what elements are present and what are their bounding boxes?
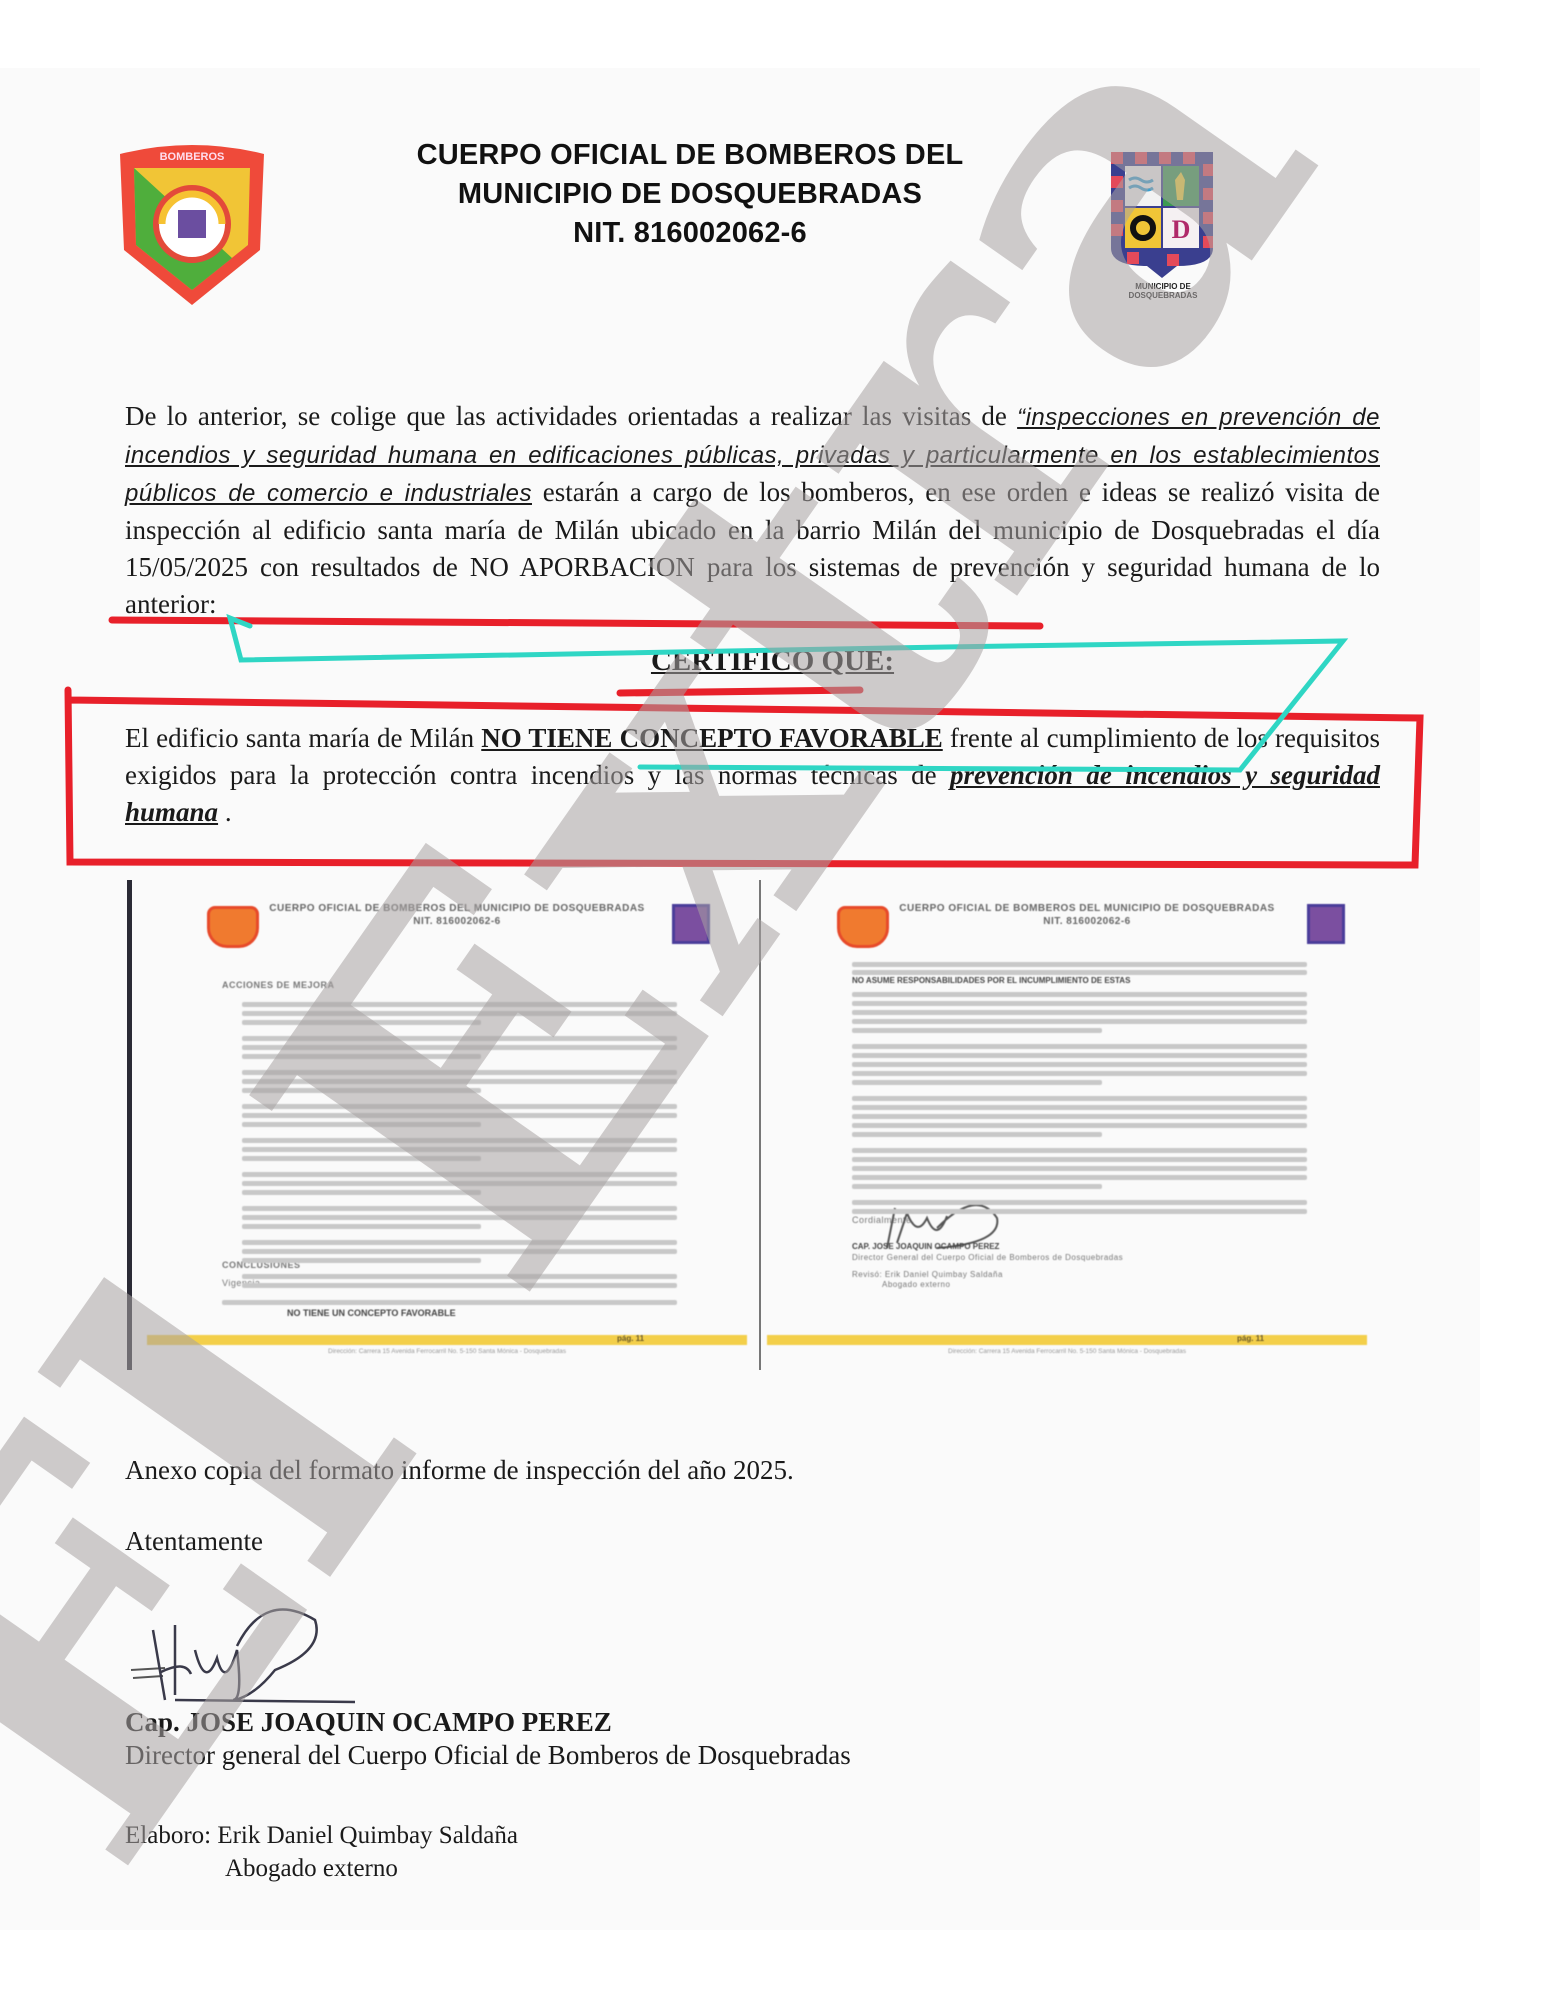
thumbnail-divider [759,880,761,1370]
certification-paragraph: El edificio santa maría de Milán NO TIEN… [125,720,1380,831]
thumb-page-number: pág. 11 [617,1334,644,1343]
thumb-reviewer: Revisó: Erik Daniel Quimbay Saldaña [852,1270,1003,1279]
thumb-verdict: NO TIENE UN CONCEPTO FAVORABLE [287,1308,456,1318]
thumb-signer: CAP. JOSE JOAQUIN OCAMPO PEREZ [852,1242,999,1251]
signer-role: Director general del Cuerpo Oficial de B… [125,1740,851,1771]
report-page-right: CUERPO OFICIAL DE BOMBEROS DEL MUNICIPIO… [767,880,1367,1360]
thumb-footer-bar [147,1335,747,1345]
building-name: El edificio santa maría de Milán [125,723,481,753]
logo-label: BOMBEROS [160,151,225,163]
svg-text:D: D [1172,215,1191,244]
thumb-header: CUERPO OFICIAL DE BOMBEROS DEL MUNICIPIO… [257,902,657,928]
signature-icon [125,1600,385,1720]
org-name-line2: MUNICIPIO DE DOSQUEBRADAS [330,175,1050,214]
caption-line1: MUNICIPIO DE [1098,282,1228,291]
municipal-coat-of-arms-icon [1307,904,1345,944]
firefighters-shield-icon [837,906,889,948]
municipal-coat-of-arms-icon [672,904,710,944]
organization-header: CUERPO OFICIAL DE BOMBEROS DEL MUNICIPIO… [330,136,1050,253]
result-status: NO APORBACION [470,552,695,582]
firefighters-shield-icon: BOMBEROS [112,140,272,310]
certification-title: CERTIFICO QUE: [0,645,1545,678]
intro-paragraph: De lo anterior, se colige que las activi… [125,398,1380,623]
thumb-header: CUERPO OFICIAL DE BOMBEROS DEL MUNICIPIO… [887,902,1287,928]
thumb-footer-address: Dirección: Carrera 15 Avenida Ferrocarri… [767,1348,1367,1355]
regards: Atentamente [125,1526,263,1557]
thumb-nit: NIT. 816002062-6 [887,915,1287,928]
prepared-by: Elaboro: Erik Daniel Quimbay Saldaña [125,1822,518,1850]
thumb-bold-note: NO ASUME RESPONSABILIDADES POR EL INCUMP… [852,976,1307,985]
annex-note: Anexo copia del formato informe de inspe… [125,1455,794,1486]
thumbnail-border [127,880,132,1370]
thumb-page-number: pág. 11 [1237,1334,1264,1343]
period: . [218,797,232,827]
report-page-left: CUERPO OFICIAL DE BOMBEROS DEL MUNICIPIO… [147,880,747,1360]
municipality-caption: MUNICIPIO DE DOSQUEBRADAS [1098,282,1228,300]
thumb-footer-address: Dirección: Carrera 15 Avenida Ferrocarri… [147,1348,747,1355]
org-nit: NIT. 816002062-6 [330,214,1050,253]
caption-line2: DOSQUEBRADAS [1098,291,1228,300]
verdict-text: NO TIENE CONCEPTO FAVORABLE [481,723,943,753]
prepared-by-role: Abogado externo [225,1855,398,1883]
signer-name: Cap. JOSE JOAQUIN OCAMPO PEREZ [125,1707,612,1738]
attached-report-pages: CUERPO OFICIAL DE BOMBEROS DEL MUNICIPIO… [127,880,1367,1370]
thumb-header-text: CUERPO OFICIAL DE BOMBEROS DEL MUNICIPIO… [257,902,657,915]
thumb-reviewer-role: Abogado externo [882,1280,950,1289]
firefighters-shield-icon [207,906,259,948]
thumb-footer-bar [767,1335,1367,1345]
intro-text: De lo anterior, se colige que las activi… [125,401,1017,431]
thumb-signer-role: Director General del Cuerpo Oficial de B… [852,1253,1123,1262]
thumb-nit: NIT. 816002062-6 [257,915,657,928]
org-name-line1: CUERPO OFICIAL DE BOMBEROS DEL [330,136,1050,175]
section-acciones: ACCIONES DE MEJORA [222,980,335,990]
thumb-header-text: CUERPO OFICIAL DE BOMBEROS DEL MUNICIPIO… [887,902,1287,915]
